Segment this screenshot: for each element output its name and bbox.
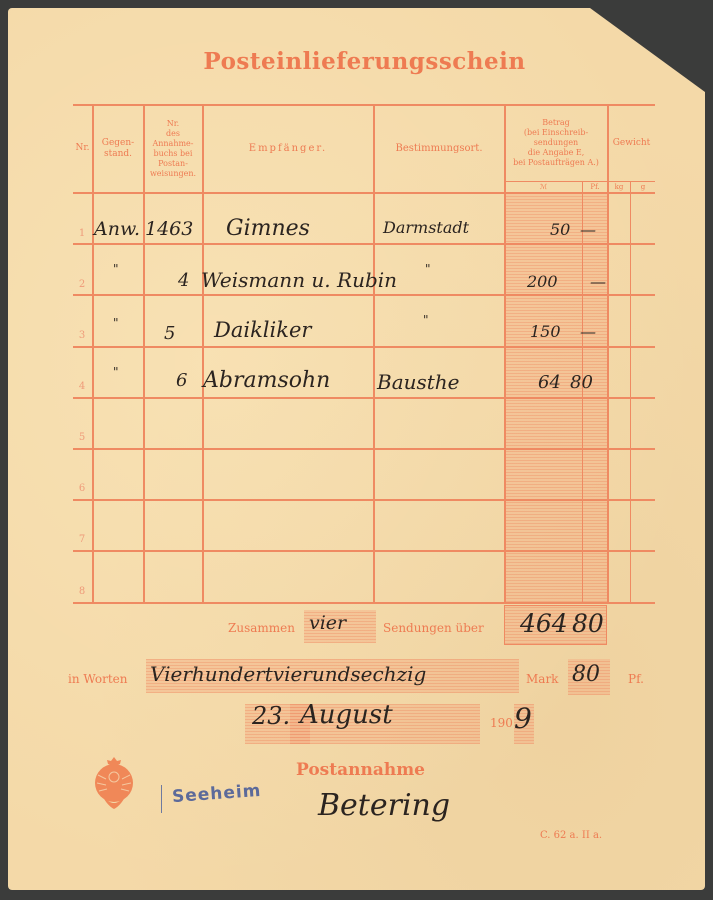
cell-betrag-mark: 50: [550, 220, 570, 239]
header-betrag-pf: Pf.: [583, 182, 607, 192]
cell-betrag-pf: —: [580, 322, 596, 341]
date-year-prefix: 190: [490, 716, 513, 730]
header-bestimmungsort: Bestimmungsort.: [374, 105, 504, 192]
cell-annahmebuch: 6: [176, 370, 187, 391]
cell-empfaenger: Abramsohn: [203, 368, 330, 393]
cell-bestimmungsort: ": [423, 313, 429, 327]
row-divider: [73, 499, 655, 501]
header-nr: Nr.: [73, 105, 92, 192]
row-number: 7: [75, 534, 89, 545]
row-divider: [73, 294, 655, 296]
zusammen-label: Zusammen: [228, 621, 295, 635]
document-title: Posteinlieferungsschein: [8, 48, 713, 75]
header-gegenstand: Gegen- stand.: [93, 105, 143, 192]
in-words-value: Vierhundertvierundsechzig: [150, 662, 426, 686]
row-divider: [73, 243, 655, 245]
form-number: C. 62 a. II a.: [540, 830, 602, 841]
cell-gegenstand: Anw.: [94, 218, 140, 240]
row-number: 3: [75, 330, 89, 341]
header-betrag: Betrag (bei Einschreib- sendungen die An…: [505, 105, 607, 181]
row-number: 2: [75, 279, 89, 290]
sendungen-label: Sendungen über: [383, 621, 484, 635]
header-gewicht-g: g: [631, 182, 655, 192]
row-divider: [73, 397, 655, 399]
cell-betrag-pf: —: [590, 272, 606, 291]
row-divider: [73, 448, 655, 450]
cell-annahmebuch: 1463: [145, 218, 193, 240]
header-gewicht: Gewicht: [608, 105, 655, 181]
row-number: 5: [75, 432, 89, 443]
cell-betrag-mark: 64: [538, 372, 561, 393]
cell-betrag-mark: 150: [530, 322, 561, 341]
stamp-rule: [161, 785, 162, 813]
in-words-label: in Worten: [68, 672, 128, 686]
header-gewicht-kg: kg: [608, 182, 630, 192]
cell-empfaenger: Daikliker: [214, 318, 311, 342]
cell-annahmebuch: 4: [178, 270, 189, 291]
cell-annahmebuch: 5: [164, 323, 175, 344]
row-number: 6: [75, 483, 89, 494]
row-number: 1: [75, 228, 89, 239]
header-annahmebuch: Nr. des Annahme- buchs bei Postan- weisu…: [144, 105, 202, 192]
imperial-eagle-icon: [92, 755, 136, 811]
col-divider-g: [630, 181, 631, 602]
table-bottom-border: [73, 602, 655, 604]
clerk-signature: Betering: [318, 788, 450, 823]
header-empfaenger: Empfänger.: [203, 105, 373, 192]
count-words-value: vier: [309, 612, 346, 634]
row-number: 4: [75, 381, 89, 392]
row-number: 8: [75, 586, 89, 597]
cell-bestimmungsort: Bausthe: [377, 370, 460, 394]
cell-betrag-pf: —: [580, 220, 596, 239]
cell-bestimmungsort: ": [425, 262, 431, 276]
in-words-pf-value: 80: [572, 662, 600, 687]
total-pf-value: 80: [572, 609, 604, 638]
total-amount-value: 464: [520, 609, 568, 638]
header-betrag-mark: ℳ: [505, 182, 582, 192]
cell-empfaenger: Gimnes: [226, 216, 310, 241]
mark-label: Mark: [526, 672, 558, 686]
date-month: August: [300, 700, 393, 730]
row-divider: [73, 346, 655, 348]
cell-bestimmungsort: Darmstadt: [383, 218, 469, 237]
cell-betrag-mark: 200: [527, 272, 558, 291]
pf-label: Pf.: [628, 672, 644, 686]
postannahme-label: Postannahme: [296, 760, 425, 780]
cell-gegenstand: ": [113, 316, 119, 330]
row-divider: [73, 550, 655, 552]
date-year-suffix: 9: [514, 702, 532, 735]
cell-gegenstand: ": [113, 262, 119, 276]
cell-empfaenger: Weismann u. Rubin: [201, 268, 397, 292]
cell-betrag-pf: 80: [570, 372, 593, 393]
cell-gegenstand: ": [113, 365, 119, 379]
date-day: 23.: [252, 702, 290, 730]
header-bottom-border: [73, 192, 655, 194]
